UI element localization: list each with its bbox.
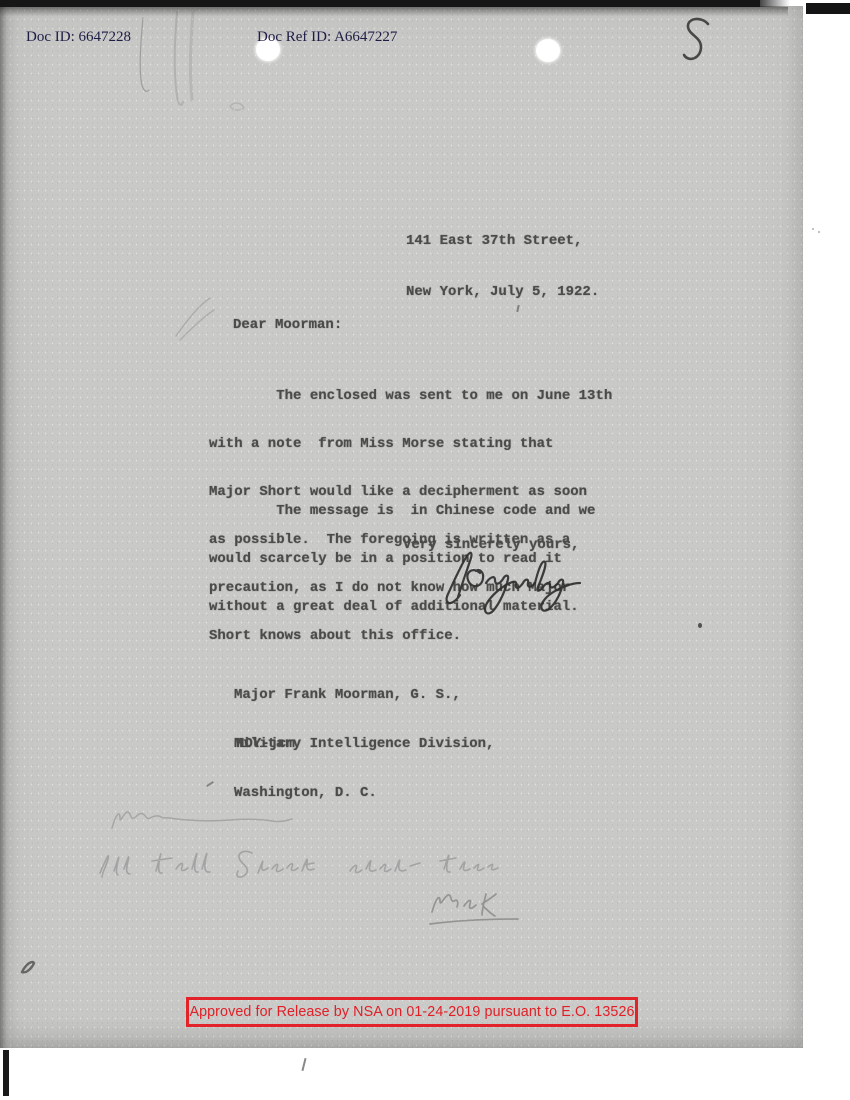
- salutation: Dear Moorman:: [233, 317, 342, 333]
- stray-slash-mark: [301, 1058, 306, 1071]
- sender-date-block: 141 East 37th Street, New York, July 5, …: [406, 199, 599, 335]
- scan-top-right-black-mark: [806, 3, 850, 14]
- doc-id-label: Doc ID: 6647228: [26, 29, 131, 46]
- signature-yardley: [438, 545, 608, 630]
- handwritten-note-moorman: [106, 804, 301, 838]
- release-stamp: Approved for Release by NSA on 01-24-201…: [186, 997, 638, 1027]
- address-line: 141 East 37th Street,: [406, 233, 599, 250]
- scan-bottom-left-black-mark: [3, 1050, 9, 1096]
- scan-streak-artifacts: [125, 8, 265, 128]
- scanned-document-page: Doc ID: 6647228 Doc Ref ID: A6647227 141…: [0, 0, 850, 1100]
- paper-left-edge-shadow: [0, 6, 7, 1048]
- hole-punch-right: [536, 39, 560, 62]
- scan-top-black-bar-fade: [758, 0, 790, 7]
- speck-artifact: [812, 228, 814, 230]
- recipient-line: Washington, D. C.: [234, 785, 494, 801]
- recipient-line: Major Frank Moorman, G. S.,: [234, 687, 494, 703]
- ink-dot-artifact: [698, 623, 702, 628]
- scan-top-shadow: [0, 7, 788, 16]
- speck-artifact: [818, 231, 820, 233]
- body-line: The message is in Chinese code and we: [209, 503, 595, 519]
- handwritten-classification-s: [674, 16, 718, 64]
- body-line: with a note from Miss Morse stating that: [209, 436, 612, 452]
- doc-ref-id-label: Doc Ref ID: A6647227: [257, 29, 397, 46]
- handwritten-note-message: [92, 841, 552, 887]
- scan-top-black-bar: [0, 0, 760, 7]
- body-line: The enclosed was sent to me on June 13th: [209, 388, 612, 404]
- faint-pencil-smudge: [170, 292, 230, 344]
- date-line: New York, July 5, 1922.: [406, 284, 599, 301]
- release-stamp-text: Approved for Release by NSA on 01-24-201…: [189, 1004, 634, 1020]
- handwritten-initials: [422, 886, 524, 928]
- typist-reference-initials: HOY-jcm: [236, 736, 295, 752]
- pencil-comma-artifact: [16, 956, 40, 984]
